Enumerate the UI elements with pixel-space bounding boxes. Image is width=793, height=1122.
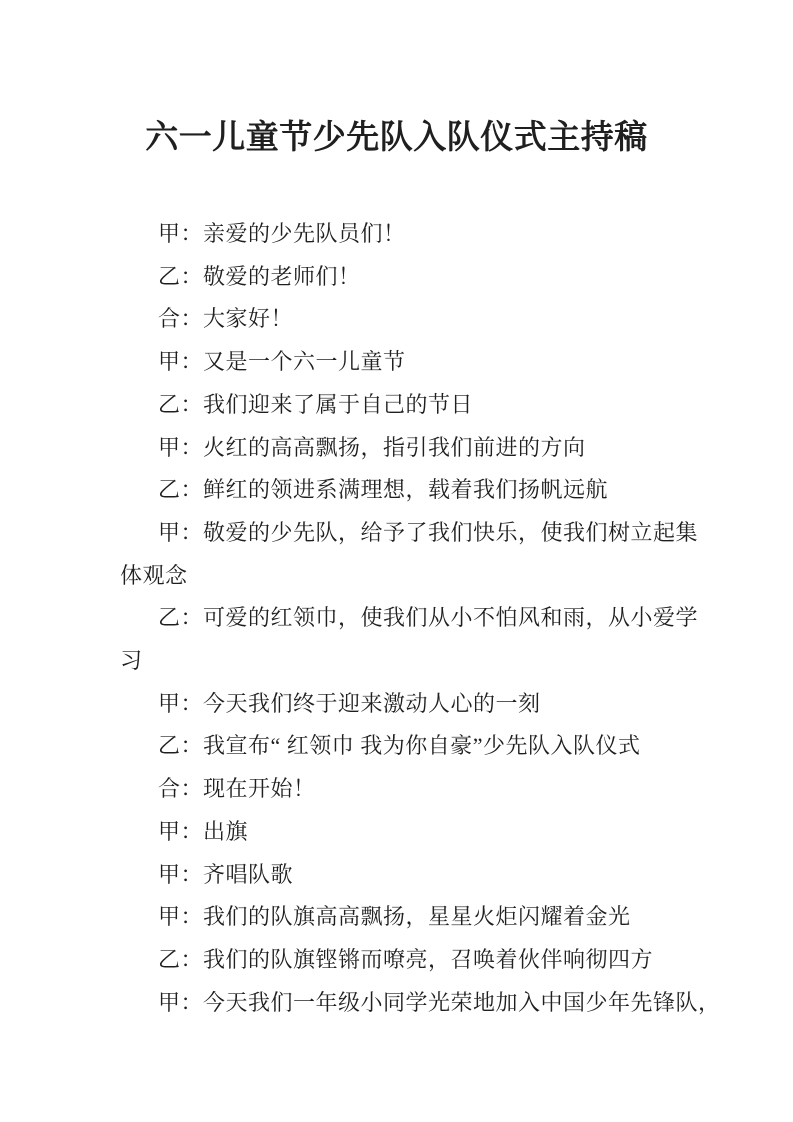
document-title: 六一儿童节少先队入队仪式主持稿 — [0, 0, 793, 160]
text-line: 甲：今天我们终于迎来激动人心的一刻 — [120, 683, 680, 726]
text-line: 乙：我宣布“ 红领巾 我为你自豪”少先队入队仪式 — [120, 725, 680, 768]
text-line: 体观念 — [120, 555, 680, 598]
text-line: 乙：可爱的红领巾，使我们从小不怕风和雨，从小爱学 — [120, 597, 680, 640]
document-page: 六一儿童节少先队入队仪式主持稿 甲：亲爱的少先队员们！乙：敬爱的老师们！合：大家… — [0, 0, 793, 1122]
text-line: 甲：今天我们一年级小同学光荣地加入中国少年先锋队， — [120, 982, 680, 1025]
text-line: 甲：火红的高高飘扬，指引我们前进的方向 — [120, 427, 680, 470]
text-line: 甲：亲爱的少先队员们！ — [120, 213, 680, 256]
text-line: 乙：鲜红的领进系满理想，载着我们扬帆远航 — [120, 469, 680, 512]
text-line: 甲：我们的队旗高高飘扬，星星火炬闪耀着金光 — [120, 896, 680, 939]
text-line: 乙：敬爱的老师们！ — [120, 256, 680, 299]
text-line: 甲：出旗 — [120, 811, 680, 854]
text-line: 甲：敬爱的少先队，给予了我们快乐，使我们树立起集 — [120, 512, 680, 555]
text-line: 乙：我们迎来了属于自己的节日 — [120, 384, 680, 427]
text-line: 习 — [120, 640, 680, 683]
text-line: 乙：我们的队旗铿锵而嘹亮，召唤着伙伴响彻四方 — [120, 939, 680, 982]
text-line: 甲：齐唱队歌 — [120, 854, 680, 897]
text-line: 甲：又是一个六一儿童节 — [120, 341, 680, 384]
text-line: 合：现在开始！ — [120, 768, 680, 811]
document-body: 甲：亲爱的少先队员们！乙：敬爱的老师们！合：大家好！甲：又是一个六一儿童节乙：我… — [120, 213, 680, 1024]
text-line: 合：大家好！ — [120, 298, 680, 341]
